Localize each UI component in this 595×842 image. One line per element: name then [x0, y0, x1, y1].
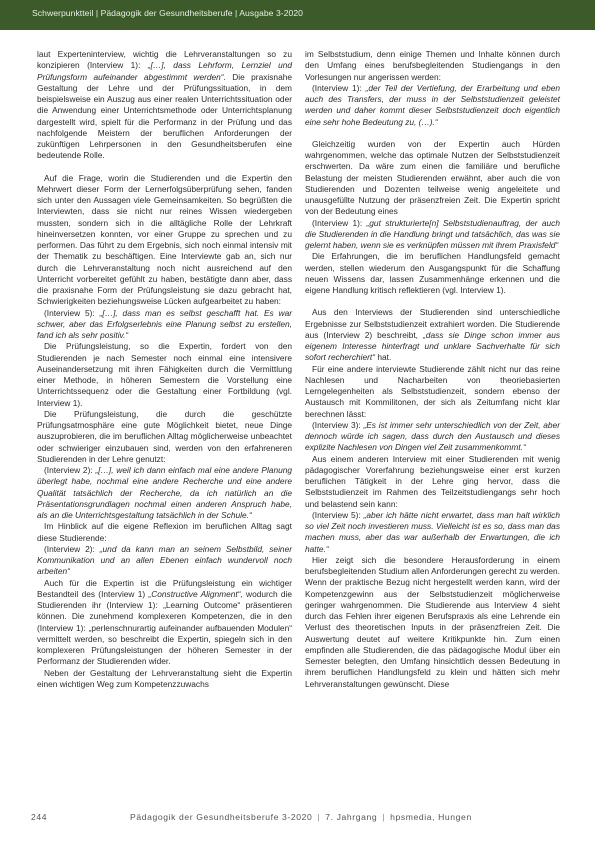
interview-quote: (Interview 5): „[…], dass man es selbst …: [37, 308, 292, 342]
paragraph-text: Neben der Gestaltung der Lehrveranstaltu…: [37, 668, 292, 689]
body-paragraph: Auf die Frage, worin die Studierenden un…: [37, 173, 292, 308]
body-paragraph: Gleichzeitig wurden von der Expertin auc…: [305, 139, 560, 218]
paragraph-text: Die Erfahrungen, die im beruflichen Hand…: [305, 251, 560, 295]
interview-quote: (Interview 5): „aber ich hätte nicht erw…: [305, 510, 560, 555]
quote-reference: (Interview 3):: [312, 420, 363, 430]
interview-quote: (Interview 2): „und da kann man an seine…: [37, 544, 292, 578]
journal-name: Pädagogik der Gesundheitsberufe 3-2020: [130, 812, 312, 822]
paragraph-text: Auf die Frage, worin die Studierenden un…: [37, 173, 292, 307]
volume-label: 7. Jahrgang: [325, 812, 377, 822]
interview-quote: (Interview 1): „gut strukturierte[n] Sel…: [305, 218, 560, 252]
interview-quote: (Interview 1): „der Teil der Vertiefung,…: [305, 83, 560, 128]
body-paragraph: Auch für die Expertin ist die Prüfungsle…: [37, 578, 292, 668]
body-paragraph: Im Hinblick auf die eigene Reflexion im …: [37, 521, 292, 544]
quote-reference: (Interview 2):: [44, 544, 100, 554]
paragraph-text: Aus einem anderen Interview mit einer St…: [305, 454, 560, 509]
paragraph-text: hat.: [375, 352, 391, 362]
body-paragraph: Aus einem anderen Interview mit einer St…: [305, 454, 560, 510]
paragraph-text: Im Hinblick auf die eigene Reflexion im …: [37, 521, 292, 542]
quote-reference: (Interview 5):: [312, 510, 364, 520]
quote-reference: (Interview 1):: [312, 83, 366, 93]
paragraph-text: Die Prüfungsleistung, die durch die gesc…: [37, 409, 292, 464]
footer-publication-info: Pädagogik der Gesundheitsberufe 3-2020|7…: [130, 812, 472, 822]
body-paragraph: Neben der Gestaltung der Lehrveranstaltu…: [37, 668, 292, 691]
body-paragraph: Für eine andere interviewte Studierende …: [305, 364, 560, 420]
interview-quote: (Interview 2): „[…], weil ich dann einfa…: [37, 465, 292, 521]
body-paragraph: Aus den Interviews der Studierenden sind…: [305, 307, 560, 363]
paragraph-text: Die Prüfungsleistung, so die Expertin, f…: [37, 341, 292, 407]
quote-reference: (Interview 1):: [312, 218, 367, 228]
quote-reference: (Interview 5):: [44, 308, 100, 318]
paragraph-text: im Selbststudium, denn einige Themen und…: [305, 49, 560, 82]
footer-separator: |: [317, 812, 320, 822]
paragraph-text: wodurch die Studierenden ihr (Interview …: [37, 589, 292, 667]
quote-reference: (Interview 2):: [44, 465, 95, 475]
body-paragraph: laut Experteninterview, wichtig die Lehr…: [37, 49, 292, 162]
body-paragraph: Hier zeigt sich die besondere Herausford…: [305, 555, 560, 690]
header-bar: Schwerpunktteil | Pädagogik der Gesundhe…: [0, 0, 595, 30]
running-title: Schwerpunktteil | Pädagogik der Gesundhe…: [32, 8, 303, 18]
page-footer: 244 Pädagogik der Gesundheitsberufe 3-20…: [0, 812, 595, 828]
paragraph-text: Gleichzeitig wurden von der Expertin auc…: [305, 139, 560, 217]
body-paragraph: Die Erfahrungen, die im beruflichen Hand…: [305, 251, 560, 296]
body-paragraph: Die Prüfungsleistung, die durch die gesc…: [37, 409, 292, 465]
publisher-name: hpsmedia, Hungen: [390, 812, 472, 822]
paragraph-text: Für eine andere interviewte Studierende …: [305, 364, 560, 419]
paragraph-text: Die praxisnahe Gestaltung der Lehre und …: [37, 72, 292, 161]
footer-separator: |: [382, 812, 385, 822]
body-paragraph: im Selbststudium, denn einige Themen und…: [305, 49, 560, 83]
left-column: laut Experteninterview, wichtig die Lehr…: [37, 49, 292, 690]
interview-quote: (Interview 3): „Es ist immer sehr unters…: [305, 420, 560, 454]
inline-quote: „Constructive Alignment“,: [148, 589, 242, 599]
paragraph-text: Hier zeigt sich die besondere Herausford…: [305, 555, 560, 689]
right-column: im Selbststudium, denn einige Themen und…: [305, 49, 560, 690]
page-number: 244: [31, 812, 47, 822]
body-paragraph: Die Prüfungsleistung, so die Expertin, f…: [37, 341, 292, 409]
